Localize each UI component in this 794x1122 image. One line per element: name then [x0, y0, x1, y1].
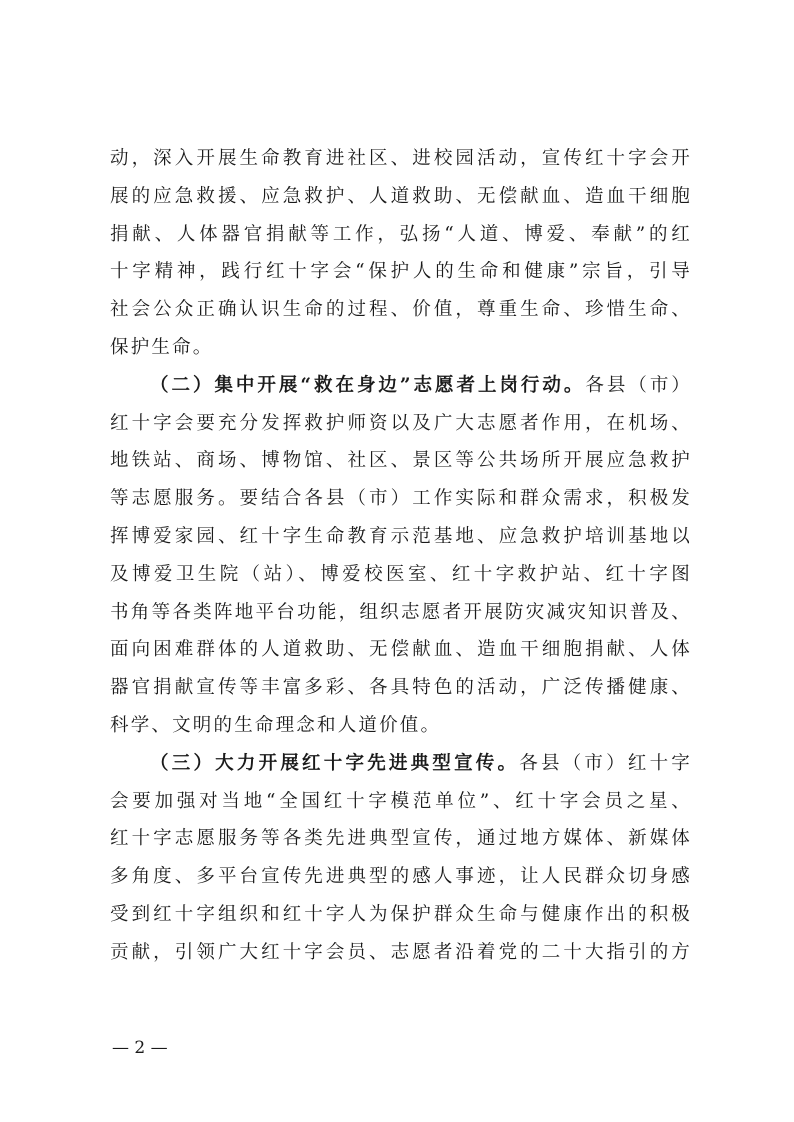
- text-line: 动，深入开展生命教育进社区、进校园活动，宣传红十字会开: [110, 140, 692, 178]
- text-line: 社会公众正确认识生命的过程、价值，尊重生命、珍惜生命、: [110, 291, 692, 329]
- paragraph-1: 动，深入开展生命教育进社区、进校园活动，宣传红十字会开 展的应急救援、应急救护、…: [110, 140, 694, 367]
- text-line: 保护生命。: [110, 329, 692, 367]
- text-line: 展的应急救援、应急救护、人道救助、无偿献血、造血干细胞: [110, 178, 692, 216]
- section-heading: （三）大力开展红十字先进典型宣传。: [150, 753, 519, 774]
- section-heading: （二）集中开展“救在身边”志愿者上岗行动。: [150, 375, 585, 396]
- paragraph-first-line: （三）大力开展红十字先进典型宣传。各县（市）红十字: [110, 745, 692, 783]
- text-line: 地铁站、商场、博物馆、社区、景区等公共场所开展应急救护: [110, 442, 692, 480]
- text-line: 受到红十字组织和红十字人为保护群众生命与健康作出的积极: [110, 896, 692, 934]
- text-line: 器官捐献宣传等丰富多彩、各具特色的活动，广泛传播健康、: [110, 669, 692, 707]
- text-line: 科学、文明的生命理念和人道价值。: [110, 707, 692, 745]
- page-number: — 2 —: [112, 1038, 168, 1058]
- text-line: 红十字志愿服务等各类先进典型宣传，通过地方媒体、新媒体: [110, 820, 692, 858]
- text-line: 书角等各类阵地平台功能，组织志愿者开展防灾减灾知识普及、: [110, 594, 692, 632]
- text-line: 会要加强对当地“全国红十字模范单位”、红十字会员之星、: [110, 783, 692, 821]
- text-line: 面向困难群体的人道救助、无偿献血、造血干细胞捐献、人体: [110, 631, 692, 669]
- text-line: 红十字会要充分发挥救护师资以及广大志愿者作用，在机场、: [110, 405, 692, 443]
- paragraph-2: （二）集中开展“救在身边”志愿者上岗行动。各县（市） 红十字会要充分发挥救护师资…: [110, 367, 694, 745]
- text-line: 十字精神，践行红十字会“保护人的生命和健康”宗旨，引导: [110, 253, 692, 291]
- text-line: 及博爱卫生院（站）、博爱校医室、红十字救护站、红十字图: [110, 556, 692, 594]
- text-line: 贡献，引领广大红十字会员、志愿者沿着党的二十大指引的方: [110, 934, 692, 972]
- document-body: 动，深入开展生命教育进社区、进校园活动，宣传红十字会开 展的应急救援、应急救护、…: [110, 140, 694, 972]
- text-line: 捐献、人体器官捐献等工作，弘扬“人道、博爱、奉献”的红: [110, 216, 692, 254]
- text-line: 挥博爱家园、红十字生命教育示范基地、应急救护培训基地以: [110, 518, 692, 556]
- paragraph-first-line: （二）集中开展“救在身边”志愿者上岗行动。各县（市）: [110, 367, 692, 405]
- text-line: 等志愿服务。要结合各县（市）工作实际和群众需求，积极发: [110, 480, 692, 518]
- document-page: 动，深入开展生命教育进社区、进校园活动，宣传红十字会开 展的应急救援、应急救护、…: [0, 0, 794, 1122]
- text-line: 多角度、多平台宣传先进典型的感人事迹，让人民群众切身感: [110, 858, 692, 896]
- text-run: 各县（市）红十字: [519, 753, 692, 774]
- paragraph-3: （三）大力开展红十字先进典型宣传。各县（市）红十字 会要加强对当地“全国红十字模…: [110, 745, 694, 972]
- text-run: 各县（市）: [585, 375, 692, 396]
